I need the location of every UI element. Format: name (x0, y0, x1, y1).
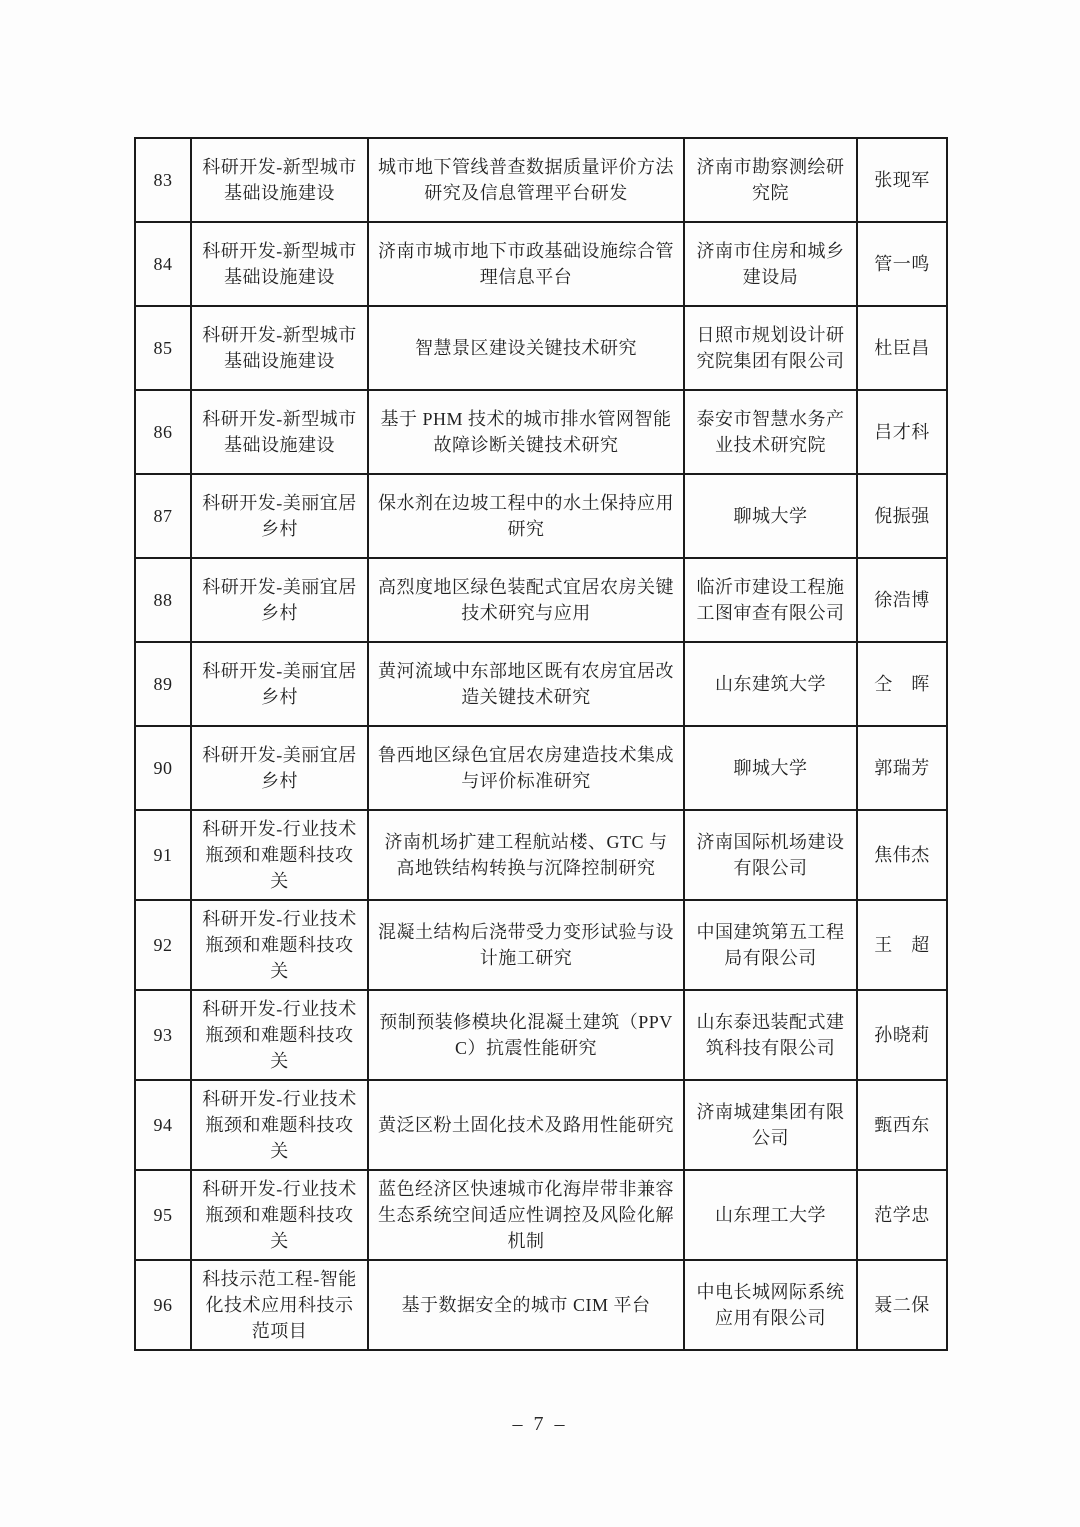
organization-cell: 泰安市智慧水务产业技术研究院 (684, 390, 857, 474)
leader-cell: 范学忠 (857, 1170, 947, 1260)
category-cell: 科研开发-美丽宜居乡村 (191, 726, 368, 810)
table-row: 90 科研开发-美丽宜居乡村 鲁西地区绿色宜居农房建造技术集成与评价标准研究 聊… (135, 726, 947, 810)
category-cell: 科研开发-行业技术瓶颈和难题科技攻关 (191, 810, 368, 900)
row-number-cell: 95 (135, 1170, 191, 1260)
organization-cell: 聊城大学 (684, 474, 857, 558)
table-row: 88 科研开发-美丽宜居乡村 高烈度地区绿色装配式宜居农房关键技术研究与应用 临… (135, 558, 947, 642)
row-number-cell: 93 (135, 990, 191, 1080)
table-row: 84 科研开发-新型城市基础设施建设 济南市城市地下市政基础设施综合管理信息平台… (135, 222, 947, 306)
project-title-cell: 济南机场扩建工程航站楼、GTC 与高地铁结构转换与沉降控制研究 (368, 810, 684, 900)
row-number-cell: 96 (135, 1260, 191, 1350)
project-title-cell: 城市地下管线普查数据质量评价方法研究及信息管理平台研发 (368, 138, 684, 222)
organization-cell: 济南国际机场建设有限公司 (684, 810, 857, 900)
row-number-cell: 87 (135, 474, 191, 558)
category-cell: 科技示范工程-智能化技术应用科技示范项目 (191, 1260, 368, 1350)
category-cell: 科研开发-美丽宜居乡村 (191, 558, 368, 642)
category-cell: 科研开发-美丽宜居乡村 (191, 474, 368, 558)
leader-cell: 孙晓莉 (857, 990, 947, 1080)
row-number-cell: 90 (135, 726, 191, 810)
table-row: 94 科研开发-行业技术瓶颈和难题科技攻关 黄泛区粉土固化技术及路用性能研究 济… (135, 1080, 947, 1170)
table-row: 83 科研开发-新型城市基础设施建设 城市地下管线普查数据质量评价方法研究及信息… (135, 138, 947, 222)
project-title-cell: 黄泛区粉土固化技术及路用性能研究 (368, 1080, 684, 1170)
leader-cell: 焦伟杰 (857, 810, 947, 900)
table-row: 86 科研开发-新型城市基础设施建设 基于 PHM 技术的城市排水管网智能故障诊… (135, 390, 947, 474)
document-page: 83 科研开发-新型城市基础设施建设 城市地下管线普查数据质量评价方法研究及信息… (0, 0, 1080, 1527)
leader-cell: 仝 晖 (857, 642, 947, 726)
category-cell: 科研开发-行业技术瓶颈和难题科技攻关 (191, 1170, 368, 1260)
table-row: 95 科研开发-行业技术瓶颈和难题科技攻关 蓝色经济区快速城市化海岸带非兼容生态… (135, 1170, 947, 1260)
row-number-cell: 89 (135, 642, 191, 726)
leader-cell: 郭瑞芳 (857, 726, 947, 810)
row-number-cell: 86 (135, 390, 191, 474)
organization-cell: 济南城建集团有限公司 (684, 1080, 857, 1170)
organization-cell: 山东泰迅装配式建筑科技有限公司 (684, 990, 857, 1080)
leader-cell: 王 超 (857, 900, 947, 990)
page-number: – 7 – (0, 1413, 1080, 1436)
leader-cell: 聂二保 (857, 1260, 947, 1350)
table-row: 91 科研开发-行业技术瓶颈和难题科技攻关 济南机场扩建工程航站楼、GTC 与高… (135, 810, 947, 900)
leader-cell: 管一鸣 (857, 222, 947, 306)
row-number-cell: 84 (135, 222, 191, 306)
project-title-cell: 黄河流域中东部地区既有农房宜居改造关键技术研究 (368, 642, 684, 726)
organization-cell: 中电长城网际系统应用有限公司 (684, 1260, 857, 1350)
project-title-cell: 蓝色经济区快速城市化海岸带非兼容生态系统空间适应性调控及风险化解机制 (368, 1170, 684, 1260)
table-row: 96 科技示范工程-智能化技术应用科技示范项目 基于数据安全的城市 CIM 平台… (135, 1260, 947, 1350)
organization-cell: 山东理工大学 (684, 1170, 857, 1260)
leader-cell: 吕才科 (857, 390, 947, 474)
category-cell: 科研开发-新型城市基础设施建设 (191, 306, 368, 390)
organization-cell: 日照市规划设计研究院集团有限公司 (684, 306, 857, 390)
table-row: 93 科研开发-行业技术瓶颈和难题科技攻关 预制预装修模块化混凝土建筑（PPVC… (135, 990, 947, 1080)
category-cell: 科研开发-新型城市基础设施建设 (191, 222, 368, 306)
organization-cell: 聊城大学 (684, 726, 857, 810)
project-title-cell: 高烈度地区绿色装配式宜居农房关键技术研究与应用 (368, 558, 684, 642)
project-title-cell: 基于 PHM 技术的城市排水管网智能故障诊断关键技术研究 (368, 390, 684, 474)
row-number-cell: 94 (135, 1080, 191, 1170)
row-number-cell: 91 (135, 810, 191, 900)
project-title-cell: 鲁西地区绿色宜居农房建造技术集成与评价标准研究 (368, 726, 684, 810)
category-cell: 科研开发-新型城市基础设施建设 (191, 390, 368, 474)
project-title-cell: 预制预装修模块化混凝土建筑（PPVC）抗震性能研究 (368, 990, 684, 1080)
row-number-cell: 88 (135, 558, 191, 642)
organization-cell: 山东建筑大学 (684, 642, 857, 726)
table-body: 83 科研开发-新型城市基础设施建设 城市地下管线普查数据质量评价方法研究及信息… (135, 138, 947, 1350)
project-title-cell: 智慧景区建设关键技术研究 (368, 306, 684, 390)
organization-cell: 临沂市建设工程施工图审查有限公司 (684, 558, 857, 642)
project-title-cell: 保水剂在边坡工程中的水土保持应用研究 (368, 474, 684, 558)
project-table: 83 科研开发-新型城市基础设施建设 城市地下管线普查数据质量评价方法研究及信息… (134, 137, 948, 1351)
leader-cell: 杜臣昌 (857, 306, 947, 390)
project-title-cell: 基于数据安全的城市 CIM 平台 (368, 1260, 684, 1350)
table-row: 85 科研开发-新型城市基础设施建设 智慧景区建设关键技术研究 日照市规划设计研… (135, 306, 947, 390)
category-cell: 科研开发-美丽宜居乡村 (191, 642, 368, 726)
category-cell: 科研开发-新型城市基础设施建设 (191, 138, 368, 222)
leader-cell: 甄西东 (857, 1080, 947, 1170)
organization-cell: 济南市住房和城乡建设局 (684, 222, 857, 306)
organization-cell: 济南市勘察测绘研究院 (684, 138, 857, 222)
row-number-cell: 92 (135, 900, 191, 990)
table-row: 92 科研开发-行业技术瓶颈和难题科技攻关 混凝土结构后浇带受力变形试验与设计施… (135, 900, 947, 990)
category-cell: 科研开发-行业技术瓶颈和难题科技攻关 (191, 1080, 368, 1170)
category-cell: 科研开发-行业技术瓶颈和难题科技攻关 (191, 900, 368, 990)
row-number-cell: 83 (135, 138, 191, 222)
row-number-cell: 85 (135, 306, 191, 390)
project-title-cell: 济南市城市地下市政基础设施综合管理信息平台 (368, 222, 684, 306)
category-cell: 科研开发-行业技术瓶颈和难题科技攻关 (191, 990, 368, 1080)
leader-cell: 倪振强 (857, 474, 947, 558)
leader-cell: 徐浩博 (857, 558, 947, 642)
table-row: 87 科研开发-美丽宜居乡村 保水剂在边坡工程中的水土保持应用研究 聊城大学 倪… (135, 474, 947, 558)
organization-cell: 中国建筑第五工程局有限公司 (684, 900, 857, 990)
table-row: 89 科研开发-美丽宜居乡村 黄河流域中东部地区既有农房宜居改造关键技术研究 山… (135, 642, 947, 726)
project-title-cell: 混凝土结构后浇带受力变形试验与设计施工研究 (368, 900, 684, 990)
leader-cell: 张现军 (857, 138, 947, 222)
